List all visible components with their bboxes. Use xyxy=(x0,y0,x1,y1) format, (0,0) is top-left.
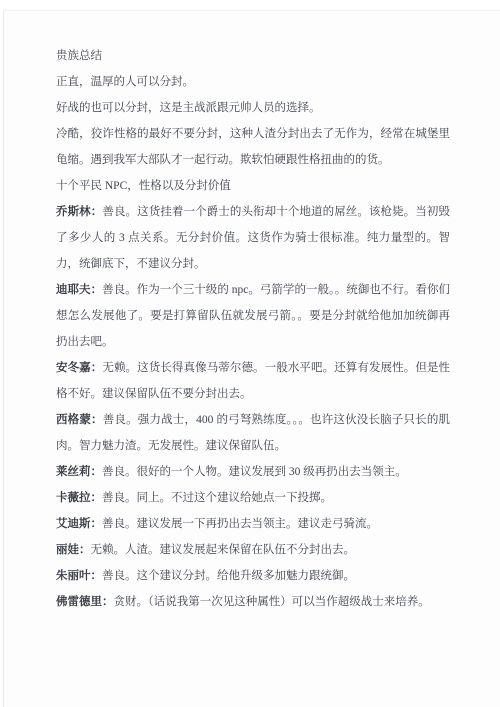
npc-name: 乔斯林： xyxy=(56,206,102,218)
npc-entry: 佛雷德里：贪财。（话说我第一次见这种属性）可以当作超级战士来培养。 xyxy=(56,589,450,615)
section-heading: 十个平民 NPC，性格以及分封价值 xyxy=(56,173,450,199)
npc-name: 丽娃： xyxy=(56,544,91,556)
npc-name: 安冬嘉： xyxy=(56,362,102,374)
npc-entry: 朱丽叶：善良。这个建议分封。给他升级多加魅力跟统御。 xyxy=(56,563,450,589)
name-colon: ： xyxy=(91,362,103,374)
name-colon: ： xyxy=(91,284,103,296)
npc-name: 迪耶夫： xyxy=(56,284,102,296)
name-colon: ： xyxy=(91,518,103,530)
npc-description: 无赖。这货长得真像马蒂尔德。一般水平吧。还算有发展性。但是性格不好。建议保留队伍… xyxy=(56,362,450,400)
npc-description: 善良。作为一个三十级的 npc。弓箭学的一般。。统御也不行。看你们想怎么发展他了… xyxy=(56,284,450,348)
npc-name: 卡薇拉： xyxy=(56,492,102,504)
document-body: 贵族总结 正直，温厚的人可以分封。 好战的也可以分封，这是主战派跟元帅人员的选择… xyxy=(4,11,500,615)
npc-description: 无赖。人渣。建议发展起来保留在队伍不分封出去。 xyxy=(91,544,356,556)
npc-entry: 西格蒙：善良。强力战士，400 的弓弩熟练度。。。也许这伙没长脑子只长的肌肉。智… xyxy=(56,407,450,459)
npc-entry: 莱丝莉：善良。很好的一个人物。建议发展到 30 级再扔出去当领主。 xyxy=(56,459,450,485)
npc-description: 善良。强力战士，400 的弓弩熟练度。。。也许这伙没长脑子只长的肌肉。智力魅力渣… xyxy=(56,414,450,452)
npc-description: 善良。这个建议分封。给他升级多加魅力跟统御。 xyxy=(102,570,355,582)
npc-entry: 迪耶夫：善良。作为一个三十级的 npc。弓箭学的一般。。统御也不行。看你们想怎么… xyxy=(56,277,450,355)
npc-entry: 艾迪斯：善良。建议发展一下再扔出去当领主。建议走弓骑流。 xyxy=(56,511,450,537)
npc-name: 西格蒙： xyxy=(56,414,103,426)
npc-description: 贪财。（话说我第一次见这种属性）可以当作超级战士来培养。 xyxy=(114,596,430,608)
npc-name: 艾迪斯： xyxy=(56,518,102,530)
paragraph: 正直，温厚的人可以分封。 xyxy=(56,69,450,95)
name-colon: ： xyxy=(79,544,91,556)
npc-description: 善良。建议发展一下再扔出去当领主。建议走弓骑流。 xyxy=(102,518,378,530)
page-title: 贵族总结 xyxy=(56,43,450,69)
npc-entry: 乔斯林：善良。这货挂着一个爵士的头衔却十个地道的屌丝。该枪毙。当初毁了多少人的 … xyxy=(56,199,450,277)
name-colon: ： xyxy=(91,492,103,504)
name-colon: ： xyxy=(91,206,103,218)
npc-entry: 安冬嘉：无赖。这货长得真像马蒂尔德。一般水平吧。还算有发展性。但是性格不好。建议… xyxy=(56,355,450,407)
npc-name: 莱丝莉： xyxy=(56,466,102,478)
paragraph: 好战的也可以分封，这是主战派跟元帅人员的选择。 xyxy=(56,95,450,121)
npc-entry: 丽娃：无赖。人渣。建议发展起来保留在队伍不分封出去。 xyxy=(56,537,450,563)
name-colon: ： xyxy=(102,596,114,608)
name-colon: ： xyxy=(91,466,103,478)
name-colon: ： xyxy=(91,414,103,426)
npc-name: 佛雷德里： xyxy=(56,596,114,608)
npc-description: 善良。很好的一个人物。建议发展到 30 级再扔出去当领主。 xyxy=(102,466,407,478)
document-page: 贵族总结 正直，温厚的人可以分封。 好战的也可以分封，这是主战派跟元帅人员的选择… xyxy=(3,10,500,707)
name-colon: ： xyxy=(91,570,103,582)
npc-description: 善良。同上。不过这个建议给她点一下投掷。 xyxy=(102,492,332,504)
npc-name: 朱丽叶： xyxy=(56,570,102,582)
npc-entry: 卡薇拉：善良。同上。不过这个建议给她点一下投掷。 xyxy=(56,485,450,511)
paragraph: 冷酷，狡诈性格的最好不要分封，这种人渣分封出去了无作为，经常在城堡里龟缩。遇到我… xyxy=(56,121,450,173)
npc-description: 善良。这货挂着一个爵士的头衔却十个地道的屌丝。该枪毙。当初毁了多少人的 3 点关… xyxy=(56,206,450,270)
